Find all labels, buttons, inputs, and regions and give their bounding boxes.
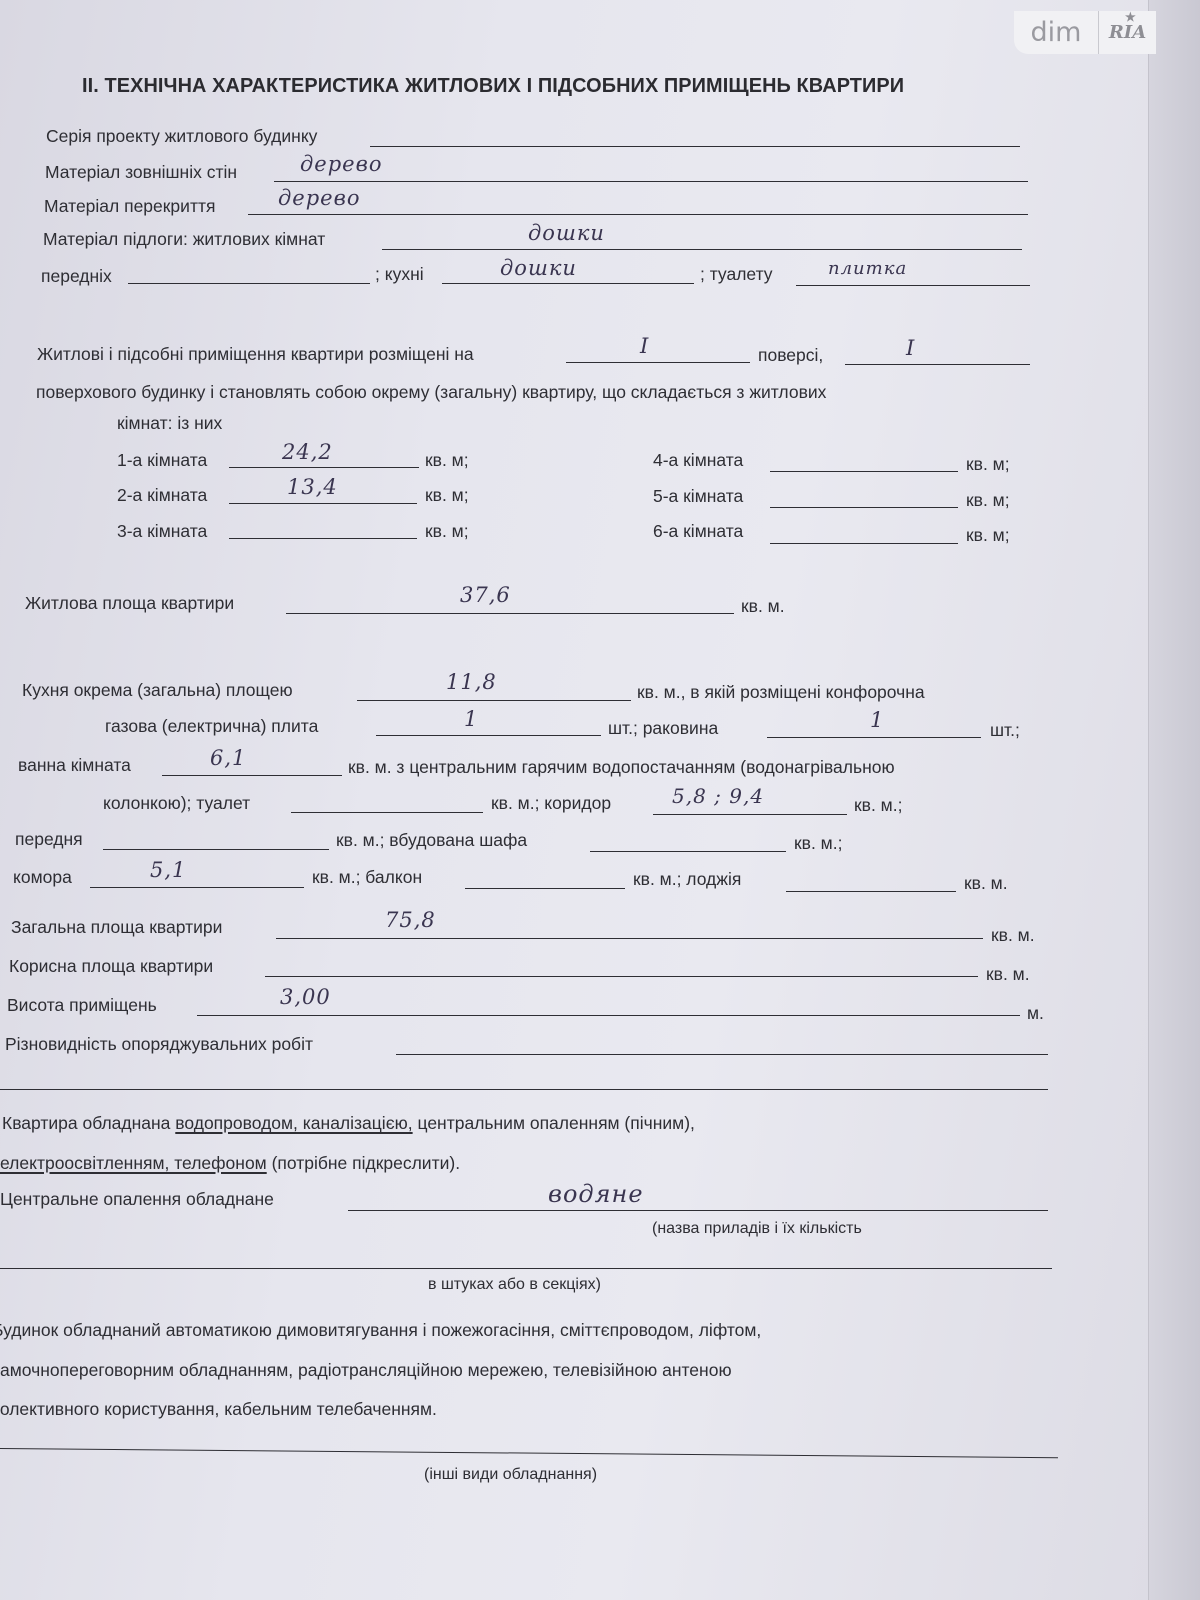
total-area-field (276, 938, 983, 939)
room-6-field (770, 543, 958, 544)
height-field (197, 1015, 1020, 1016)
building-line-1: Будинок обладнаний автоматикою димовитяг… (0, 1320, 761, 1341)
kitchen-area-field (357, 700, 631, 701)
stove-field (376, 735, 601, 736)
room-2-value: 13,4 (287, 475, 338, 499)
ceiling-field (248, 214, 1028, 215)
heating-hint-1: (назва приладів і їх кількість (652, 1220, 862, 1238)
total-area-label: Загальна площа квартири (11, 917, 222, 938)
document-page: dim ★RIA II. ТЕХНІЧНА ХАРАКТЕРИСТИКА ЖИТ… (0, 0, 1200, 1600)
heating-field-line-2 (0, 1268, 1052, 1269)
corridor-value: 5,8 ; 9,4 (672, 784, 764, 808)
walls-value: дерево (300, 152, 382, 176)
location-text-3: поверхового будинку і становлять собою о… (36, 382, 826, 403)
kitchen-floor-label: ; кухні (375, 264, 424, 285)
stove-unit: шт.; раковина (608, 718, 718, 739)
hall-field (103, 849, 329, 850)
kitchen-area-label: Кухня окрема (загальна) площею (22, 680, 293, 701)
floor-label: Матеріал підлоги: житлових кімнат (43, 229, 325, 250)
toilet-floor-label: ; туалету (700, 264, 773, 285)
series-field (370, 146, 1020, 147)
toilet-floor-value: плитка (828, 258, 907, 279)
heating-hint-2: в штуках або в секціях) (428, 1276, 601, 1294)
corridor-label: кв. м.; коридор (491, 793, 611, 814)
section-title: II. ТЕХНІЧНА ХАРАКТЕРИСТИКА ЖИТЛОВИХ І П… (82, 74, 904, 98)
room-1-label: 1-а кімната (117, 450, 207, 471)
sink-value: 1 (870, 708, 884, 732)
hall-floor-label: передніх (41, 266, 112, 287)
ceiling-value: дерево (278, 186, 360, 210)
room-3-unit: кв. м; (425, 521, 469, 542)
room-2-unit: кв. м; (425, 485, 469, 506)
floors-total-field (845, 364, 1030, 365)
page-fold-shadow (1148, 0, 1200, 1600)
bathroom-field (162, 775, 342, 776)
toilet-floor-field (796, 285, 1030, 286)
sink-field (767, 737, 981, 738)
finish-label: Різновидність опоряджувальних робіт (5, 1034, 313, 1055)
useful-area-field (265, 976, 978, 977)
room-5-unit: кв. м; (966, 490, 1010, 511)
room-6-label: 6-а кімната (653, 521, 743, 542)
kitchen-area-value: 11,8 (446, 670, 497, 694)
pantry-field (90, 887, 304, 888)
corridor-field (653, 814, 847, 815)
kitchen-floor-field (442, 283, 694, 284)
room-3-field (229, 538, 417, 539)
living-area-field (286, 613, 734, 614)
room-2-field (229, 503, 417, 504)
total-area-unit: кв. м. (991, 925, 1035, 946)
living-area-label: Житлова площа квартири (25, 593, 234, 614)
corridor-unit: кв. м.; (854, 795, 902, 816)
walls-field (274, 181, 1028, 182)
loggia-field (786, 891, 956, 892)
location-text-4: кімнат: із них (117, 413, 222, 434)
loggia-unit: кв. м. (964, 873, 1008, 894)
room-4-field (770, 471, 958, 472)
other-equipment-hint: (інші види обладнання) (424, 1466, 597, 1484)
balcony-field (465, 888, 625, 889)
heating-field (348, 1210, 1048, 1211)
room-3-label: 3-а кімната (117, 521, 207, 542)
underlined-water-sewer: водопроводом, каналізацією, (175, 1113, 412, 1133)
room-5-field (770, 507, 958, 508)
room-1-field (229, 467, 419, 468)
star-icon: ★ (1125, 10, 1136, 24)
living-area-unit: кв. м. (741, 596, 785, 617)
total-area-value: 75,8 (385, 908, 436, 932)
living-area-value: 37,6 (460, 583, 511, 607)
bathroom-after: кв. м. з центральним гарячим водопостача… (348, 757, 895, 778)
floor-number-value: I (640, 334, 649, 358)
height-label: Висота приміщень (7, 995, 157, 1016)
room-5-label: 5-а кімната (653, 486, 743, 507)
loggia-label: кв. м.; лоджія (633, 869, 741, 890)
room-4-label: 4-а кімната (653, 450, 743, 471)
room-1-unit: кв. м; (425, 450, 469, 471)
room-1-value: 24,2 (282, 440, 333, 464)
room-2-label: 2-а кімната (117, 485, 207, 506)
room-6-unit: кв. м; (966, 525, 1010, 546)
kitchen-floor-value: дошки (500, 256, 577, 280)
location-text-1: Житлові і підсобні приміщення квартири р… (37, 344, 474, 365)
toilet-area-field (291, 812, 483, 813)
finish-field-line-2 (0, 1089, 1048, 1090)
dimria-watermark: dim ★RIA (1014, 11, 1156, 54)
equipment-line-2: електроосвітленням, телефоном (потрібне … (0, 1153, 460, 1174)
useful-area-label: Корисна площа квартири (9, 956, 213, 977)
pantry-label: комора (13, 867, 72, 888)
closet-label: кв. м.; вбудована шафа (336, 830, 527, 851)
bathroom-line2-label: колонкою); туалет (103, 793, 250, 814)
floor-value: дошки (528, 221, 605, 245)
bathroom-value: 6,1 (210, 746, 246, 770)
watermark-ria: ★RIA (1099, 22, 1156, 43)
sink-unit: шт.; (990, 720, 1020, 741)
pantry-value: 5,1 (150, 858, 186, 882)
room-4-unit: кв. м; (966, 454, 1010, 475)
heating-value: водяне (548, 1180, 644, 1208)
stove-label: газова (електрична) плита (105, 716, 318, 737)
building-line-3: колективного користування, кабельним тел… (0, 1399, 437, 1420)
balcony-label: кв. м.; балкон (312, 867, 422, 888)
bathroom-label: ванна кімната (18, 755, 131, 776)
building-line-2: замочнопереговорним обладнанням, радіотр… (0, 1360, 732, 1381)
other-equipment-field (0, 1448, 1058, 1458)
floor-field (382, 249, 1022, 250)
walls-label: Матеріал зовнішніх стін (45, 162, 237, 183)
heating-label: Центральне опалення обладнане (0, 1189, 274, 1210)
kitchen-area-after: кв. м., в якій розміщені конфорочна (637, 682, 925, 703)
equipment-line-1: Квартира обладнана водопроводом, каналіз… (2, 1113, 695, 1134)
closet-unit: кв. м.; (794, 833, 842, 854)
height-unit: м. (1027, 1003, 1044, 1024)
finish-field (396, 1054, 1048, 1055)
useful-area-unit: кв. м. (986, 964, 1030, 985)
watermark-dim: dim (1014, 17, 1098, 48)
location-text-2: поверсі, (758, 345, 823, 366)
stove-value: 1 (464, 707, 478, 731)
hall-floor-field (128, 283, 370, 284)
hall-label: передня (15, 829, 83, 850)
series-label: Серія проекту житлового будинку (46, 126, 317, 147)
floors-total-value: I (906, 336, 915, 360)
underlined-electricity-phone: електроосвітленням, телефоном (0, 1153, 267, 1173)
ceiling-label: Матеріал перекриття (44, 196, 215, 217)
floor-number-field (566, 362, 750, 363)
height-value: 3,00 (280, 985, 331, 1009)
closet-field (590, 851, 786, 852)
